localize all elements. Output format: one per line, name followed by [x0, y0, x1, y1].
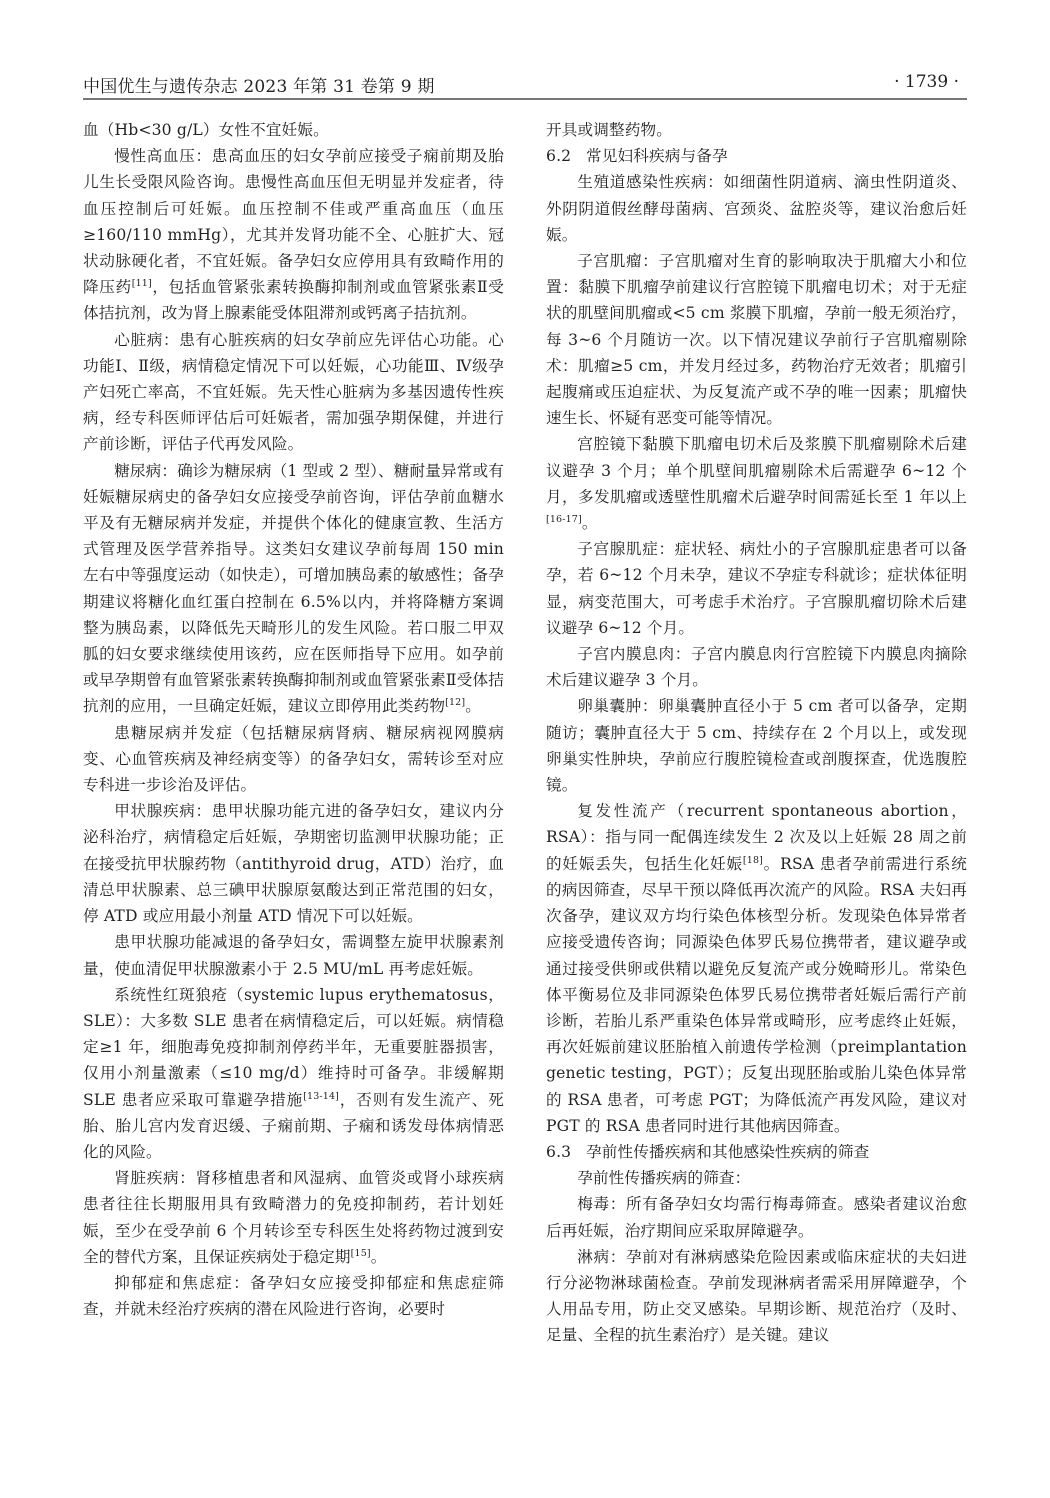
paragraph-adenomyosis: 子宫腺肌症：症状轻、病灶小的子宫腺肌症患者可以备孕，若 6~12 个月未孕，建议… [546, 536, 967, 641]
section-heading-6-3: 6.3孕前性传播疾病和其他感染性疾病的筛查 [546, 1139, 967, 1165]
citation-ref: [12] [445, 697, 465, 708]
paragraph-heart-disease: 心脏病：患有心脏疾病的妇女孕前应先评估心功能。心功能Ⅰ、Ⅱ级，病情稳定情况下可以… [83, 327, 504, 458]
citation-ref: [11] [132, 278, 152, 289]
citation-ref: [18] [743, 855, 763, 866]
paragraph-hypothyroid: 患甲状腺功能减退的备孕妇女，需调整左旋甲状腺素剂量，使血清促甲状腺激素小于 2.… [83, 929, 504, 981]
paragraph-ovarian-cyst: 卵巢囊肿：卵巢囊肿直径小于 5 cm 者可以备孕，定期随访；囊肿直径大于 5 c… [546, 693, 967, 798]
paragraph-std-screening-intro: 孕前性传播疾病的筛查： [546, 1165, 967, 1191]
right-column: 开具或调整药物。 6.2常见妇科疾病与备孕 生殖道感染性疾病：如细菌性阴道病、滴… [546, 117, 967, 1349]
citation-ref: [16-17] [546, 514, 582, 525]
left-column: 血（Hb<30 g/L）女性不宜妊娠。 慢性高血压：患高血压的妇女孕前应接受子痫… [83, 117, 504, 1322]
paragraph-depression-anxiety: 抑郁症和焦虑症：备孕妇女应接受抑郁症和焦虑症筛查，并就未经治疗疾病的潜在风险进行… [83, 1270, 504, 1322]
paragraph-fibroid-surgery: 宫腔镜下黏膜下肌瘤电切术后及浆膜下肌瘤剔除术后建议避孕 3 个月；单个肌壁间肌瘤… [546, 431, 967, 536]
paragraph-diabetes: 糖尿病：确诊为糖尿病（1 型或 2 型）、糖耐量异常或有妊娠糖尿病史的备孕妇女应… [83, 458, 504, 720]
paragraph-gonorrhea: 淋病：孕前对有淋病感染危险因素或临床症状的夫妇进行分泌物淋球菌检查。孕前发现淋病… [546, 1244, 967, 1349]
journal-title: 中国优生与遗传杂志 2023 年第 31 卷第 9 期 [83, 72, 435, 97]
paragraph-uterine-fibroids: 子宫肌瘤：子宫肌瘤对生育的影响取决于肌瘤大小和位置：黏膜下肌瘤孕前建议行宫腔镜下… [546, 248, 967, 431]
paragraph-hypertension: 慢性高血压：患高血压的妇女孕前应接受子痫前期及胎儿生长受限风险咨询。患慢性高血压… [83, 143, 504, 326]
citation-ref: [15] [351, 1248, 371, 1259]
running-header: 中国优生与遗传杂志 2023 年第 31 卷第 9 期 · 1739 · [83, 68, 967, 100]
paragraph-rsa: 复发性流产（recurrent spontaneous abortion，RSA… [546, 798, 967, 1139]
paragraph-syphilis: 梅毒：所有备孕妇女均需行梅毒筛查。感染者建议治愈后再妊娠，治疗期间应采取屏障避孕… [546, 1191, 967, 1243]
paragraph-genital-infection: 生殖道感染性疾病：如细菌性阴道病、滴虫性阴道炎、外阴阴道假丝酵母菌病、宫颈炎、盆… [546, 169, 967, 248]
citation-ref: [13-14] [303, 1091, 339, 1102]
section-heading-6-2: 6.2常见妇科疾病与备孕 [546, 143, 967, 169]
paragraph-diabetes-complications: 患糖尿病并发症（包括糖尿病肾病、糖尿病视网膜病变、心血管疾病及神经病变等）的备孕… [83, 720, 504, 799]
paragraph-endometrial-polyp: 子宫内膜息肉：子宫内膜息肉行宫腔镜下内膜息肉摘除术后建议避孕 3 个月。 [546, 641, 967, 693]
paragraph-continuation: 开具或调整药物。 [546, 117, 967, 143]
paragraph-hyperthyroid: 甲状腺疾病：患甲状腺功能亢进的备孕妇女，建议内分泌科治疗，病情稳定后妊娠，孕期密… [83, 798, 504, 929]
paragraph-anemia-tail: 血（Hb<30 g/L）女性不宜妊娠。 [83, 117, 504, 143]
page-number: · 1739 · [894, 72, 959, 92]
paragraph-kidney-disease: 肾脏疾病：肾移植患者和风湿病、血管炎或肾小球疾病患者往往长期服用具有致畸潜力的免… [83, 1165, 504, 1270]
paragraph-sle: 系统性红斑狼疮（systemic lupus erythematosus，SLE… [83, 982, 504, 1165]
